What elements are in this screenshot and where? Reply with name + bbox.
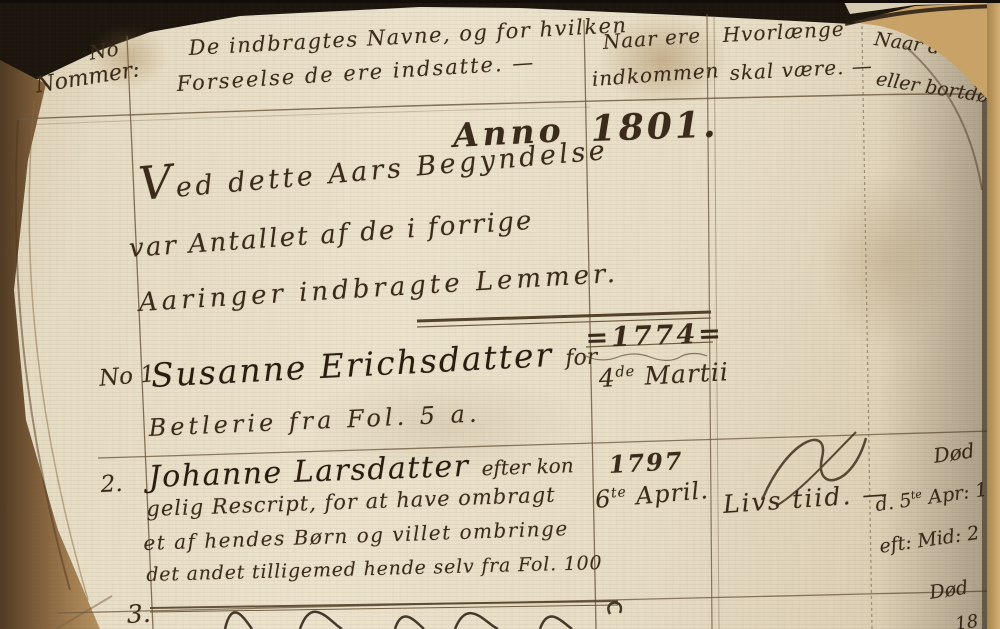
entry-2-name-tail: efter kon — [481, 453, 574, 480]
entry-1-date-ordinal: de — [615, 364, 636, 381]
entry-1-number: No 1 — [98, 361, 156, 392]
entry-3-outcome-line2: 18 — [954, 611, 980, 629]
entry-2-date-ordinal: te — [610, 484, 627, 501]
entry-2-year: 1797 — [608, 446, 684, 479]
entry-3-number: 3. — [126, 599, 151, 629]
anno-year: 1801. — [590, 104, 719, 150]
entry-1-date-day: 4 — [598, 363, 616, 393]
entry-1-date-month: Martii — [635, 357, 730, 391]
preamble-initial: V — [136, 154, 177, 211]
entry-1-year: =1774= — [585, 318, 724, 354]
entry-2-number: 2. — [100, 471, 123, 498]
entry-1-name-tail: for — [565, 345, 598, 372]
manuscript-page: No Nommer: De indbragtes Navne, og for h… — [0, 0, 1000, 629]
